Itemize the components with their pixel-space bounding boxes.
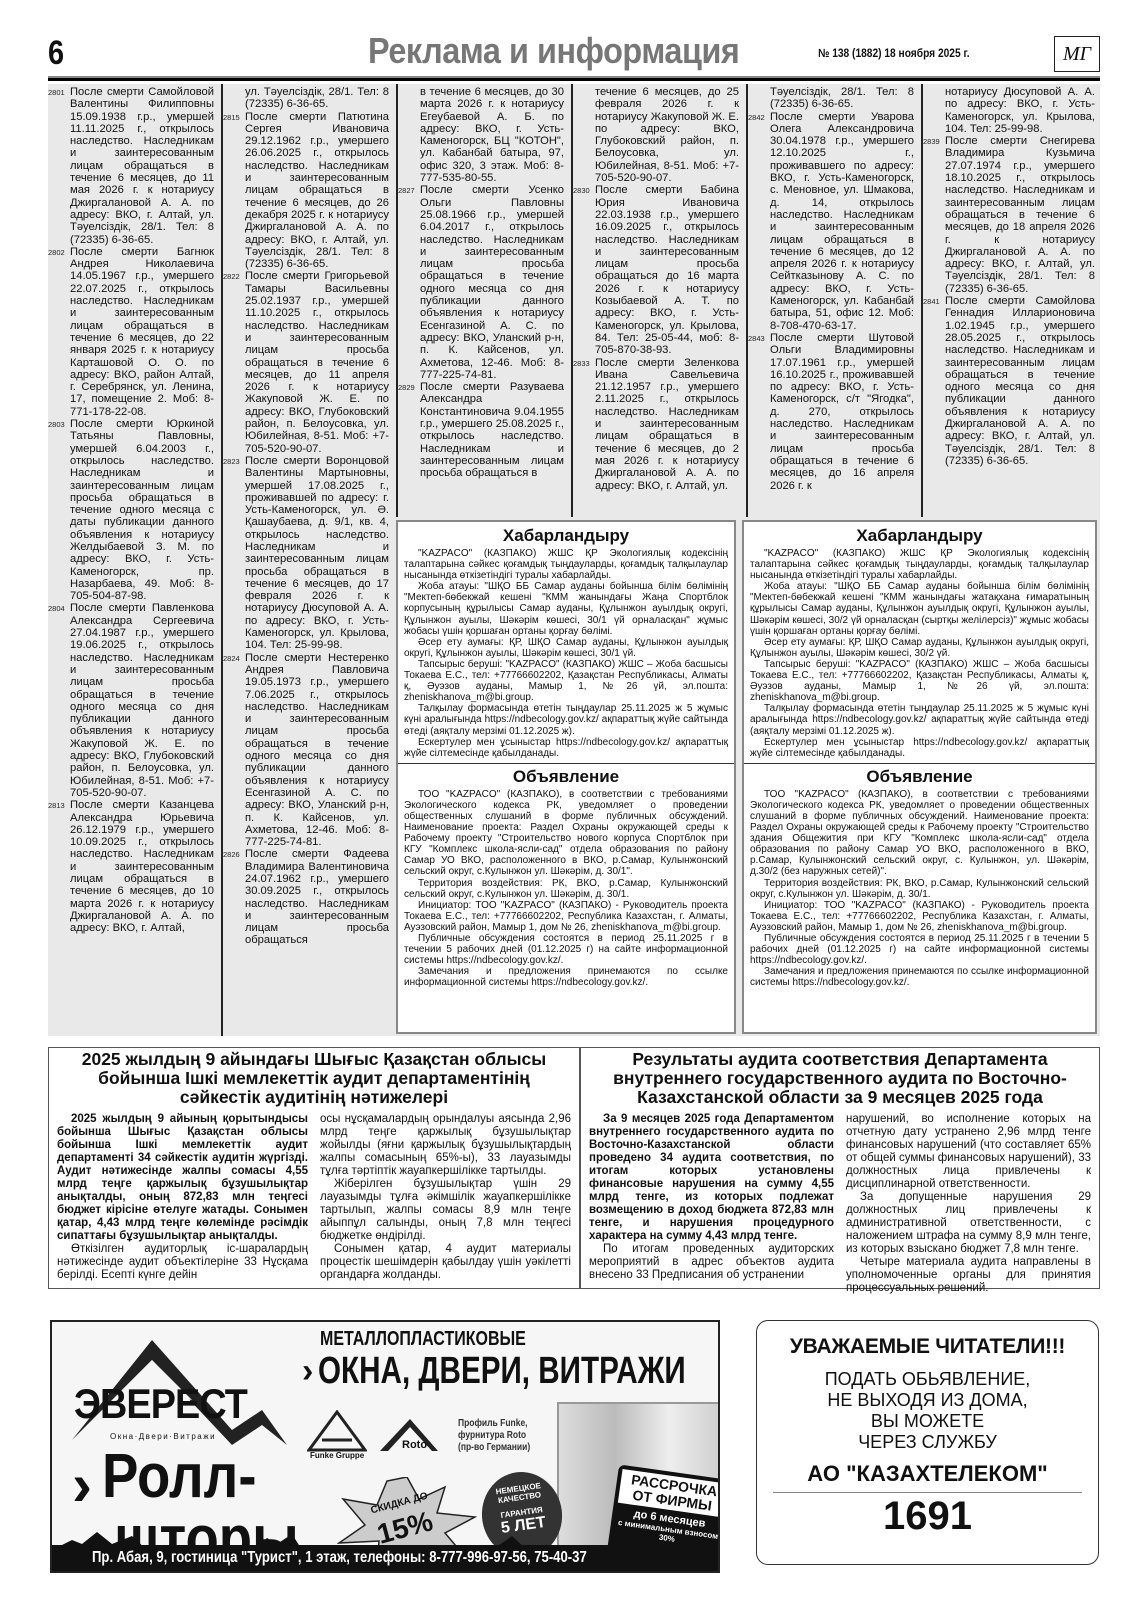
notice-text: После смерти Уварова Олега Александрович… xyxy=(770,111,914,332)
brand-subtitle: Окна·Двери·Витражи xyxy=(110,1432,216,1441)
ad-title: УВАЖАЕМЫЕ ЧИТАТЕЛИ!!! xyxy=(757,1335,1098,1359)
notice-text: После смерти Казанцева Александра Юрьеви… xyxy=(70,799,214,934)
notice-paragraph: Публичные обсуждения состоятся в период … xyxy=(750,933,1089,966)
notice-paragraph: "KAZPACO" (КАЗПАКО) ЖШС ҚР Экологиялық к… xyxy=(404,548,728,581)
notice-paragraph: ТОО "KAZPACO" (КАЗПАКО), в соответствии … xyxy=(404,789,728,878)
headline-small: МЕТАЛЛОПЛАСТИКОВЫЕ xyxy=(320,1328,526,1351)
inheritance-notice: 2839После смерти Снегирева Владимира Куз… xyxy=(923,135,1095,295)
notice-number: 2833 xyxy=(573,358,590,370)
article-column: осы нұсқамалардың орындалуы аясында 2,96… xyxy=(320,1113,571,1282)
notice-text: После смерти Нестеренко Андрея Павловича… xyxy=(245,652,389,848)
ad-footer-contacts: Пр. Абая, 9, гостиница "Турист", 1 этаж,… xyxy=(52,1545,718,1571)
newspaper-logo: МГ xyxy=(1054,36,1100,72)
audit-article-ru: Результаты аудита соответствия Департаме… xyxy=(580,1047,1100,1289)
everest-advertisement: ЭВЕРЕСТ Окна·Двери·Витражи › Ролл- шторы… xyxy=(50,1320,720,1573)
article-paragraph: Сонымен қатар, 4 аудит материалы процест… xyxy=(320,1243,571,1282)
notice-number: 2813 xyxy=(48,800,65,812)
inheritance-notice: 2827После смерти Усенко Ольги Павловны 2… xyxy=(398,184,564,381)
notice-continuation: Тәуелсіздік, 28/1. Тел: 8 (72335) 6-36-6… xyxy=(748,86,914,111)
contact-line: Пр. Абая, 9, гостиница "Турист", 1 этаж,… xyxy=(92,1545,587,1571)
notice-paragraph: Әсер ету аумағы: ҚР, ШҚО Самар ауданы, Қ… xyxy=(750,637,1089,659)
notice-continuation: ул. Тәуелсіздік, 28/1. Тел: 8 (72335) 6-… xyxy=(223,86,389,111)
notice-number: 2823 xyxy=(223,456,240,468)
notice-number: 2801 xyxy=(48,87,65,99)
inheritance-notice: 2833После смерти Зеленкова Ивана Савелье… xyxy=(573,357,739,492)
header-rule xyxy=(48,76,1100,81)
inheritance-notice: 2843После смерти Шутовой Ольги Владимиро… xyxy=(748,332,914,492)
funke-label: Funke Gruppe xyxy=(310,1451,364,1460)
inheritance-notice: 2829После смерти Разуваева Александра Ко… xyxy=(398,381,564,479)
notice-column-3: в течение 6 месяцев, до 30 марта 2026 г.… xyxy=(396,84,568,517)
article-paragraph: По итогам проведенных аудиторских меропр… xyxy=(589,1243,834,1282)
ad-line: ПОДАТЬ ОБЬЯВЛЕНИЕ, xyxy=(757,1369,1098,1390)
notice-column-2: ул. Тәуелсіздік, 28/1. Тел: 8 (72335) 6-… xyxy=(221,84,393,1036)
issue-info: № 138 (1882) 18 ноября 2025 г. xyxy=(818,46,970,60)
notice-title-kz: Хабарландыру xyxy=(750,526,1089,546)
notice-text: После смерти Багнюк Андрея Николаевича 1… xyxy=(70,246,214,418)
notice-column-5: Тәуелсіздік, 28/1. Тел: 8 (72335) 6-36-6… xyxy=(746,84,918,517)
notice-number: 2841 xyxy=(923,296,940,308)
article-column: 2025 жылдың 9 айының қорытындысы бойынша… xyxy=(57,1113,308,1282)
eco-notice-left: Хабарландыру "KAZPACO" (КАЗПАКО) ЖШС ҚР … xyxy=(396,520,736,1034)
notice-continuation: течение 6 месяцев, до 25 февраля 2026 г.… xyxy=(573,86,739,184)
notice-text: После смерти Усенко Ольги Павловны 25.08… xyxy=(420,184,564,380)
notice-text: После смерти Павленкова Александра Серге… xyxy=(70,602,214,798)
profile-note: Профиль Funke, фурнитура Roto (пр-во Гер… xyxy=(458,1418,539,1454)
notice-paragraph: Талқылау формасында өтетін тыңдаулар 25.… xyxy=(750,703,1089,736)
notice-title-ru: Объявление xyxy=(404,767,728,787)
inheritance-notice: 2823После смерти Воронцовой Валентины Ма… xyxy=(223,455,389,652)
article-paragraph: Четыре материала аудита направлены в упо… xyxy=(846,1256,1091,1295)
notice-paragraph: Замечания и предложения принемаются по с… xyxy=(404,966,728,988)
notice-paragraph: Жоба атауы: "ШҚО ББ Самар ауданы бойынша… xyxy=(750,581,1089,636)
notice-paragraph: Жоба атауы: "ШҚО ББ Самар ауданы бойынша… xyxy=(404,581,728,636)
brand-name: ЭВЕРЕСТ xyxy=(74,1380,247,1428)
notice-text: После смерти Фадеева Владимира Валентино… xyxy=(245,848,389,946)
notice-text: После смерти Самойлова Геннадия Илларион… xyxy=(945,295,1095,467)
audit-article-kz: 2025 жылдың 9 айындағы Шығыс Қазақстан о… xyxy=(48,1047,580,1289)
article-lead: За 9 месяцев 2025 года Департаментом вну… xyxy=(589,1113,834,1242)
notice-number: 2804 xyxy=(48,603,65,615)
section-title: Реклама и информация xyxy=(368,30,739,72)
article-title: Результаты аудита соответствия Департаме… xyxy=(589,1050,1091,1107)
notice-paragraph: Тапсырыс беруші: "KAZPACO" (КАЗПАКО) ЖШС… xyxy=(750,659,1089,703)
notice-number: 2842 xyxy=(748,112,765,124)
funke-logo-icon xyxy=(307,1410,367,1452)
chevron-right-icon: › xyxy=(72,1450,92,1519)
inheritance-notice: 2813После смерти Казанцева Александра Юр… xyxy=(48,799,214,934)
divider xyxy=(398,763,734,764)
notice-text: После смерти Воронцовой Валентины Мартын… xyxy=(245,455,389,651)
notice-number: 2830 xyxy=(573,185,590,197)
notice-text: После смерти Григорьевой Тамары Васильев… xyxy=(245,270,389,454)
notice-number: 2824 xyxy=(223,653,240,665)
inheritance-notice: 2804После смерти Павленкова Александра С… xyxy=(48,602,214,799)
divider xyxy=(744,763,1095,764)
roto-label: Roto xyxy=(402,1439,427,1451)
notice-number: 2839 xyxy=(923,136,940,148)
ad-line: ВЫ МОЖЕТЕ xyxy=(757,1411,1098,1432)
kazakhtelecom-advertisement: УВАЖАЕМЫЕ ЧИТАТЕЛИ!!! ПОДАТЬ ОБЬЯВЛЕНИЕ,… xyxy=(756,1320,1099,1565)
article-paragraph: нарушений, во исполнение которых на отче… xyxy=(846,1113,1091,1191)
article-paragraph: Жіберілген бұзушылықтар үшін 29 лауазымд… xyxy=(320,1178,571,1243)
notice-continuation: нотариусу Дюсуповой А. А. по адресу: ВКО… xyxy=(923,86,1095,135)
notice-column-4: течение 6 месяцев, до 25 февраля 2026 г.… xyxy=(571,84,743,517)
notice-column-6: нотариусу Дюсуповой А. А. по адресу: ВКО… xyxy=(921,84,1099,517)
notice-body-ru: ТОО "KAZPACO" (КАЗПАКО), в соответствии … xyxy=(404,789,728,989)
inheritance-notice: 2824После смерти Нестеренко Андрея Павло… xyxy=(223,652,389,849)
inheritance-notice: 2802После смерти Багнюк Андрея Николаеви… xyxy=(48,246,214,418)
notice-body-ru: ТОО "KAZPACO" (КАЗПАКО), в соответствии … xyxy=(750,789,1089,989)
notice-paragraph: Публичные обсуждения состоятся в период … xyxy=(404,933,728,966)
article-paragraph: осы нұсқамалардың орындалуы аясында 2,96… xyxy=(320,1113,571,1178)
notice-text: После смерти Зеленкова Ивана Савельевича… xyxy=(595,357,739,492)
article-column: нарушений, во исполнение которых на отче… xyxy=(846,1113,1091,1295)
notice-number: 2826 xyxy=(223,849,240,861)
roll-blinds-line1: Ролл- xyxy=(102,1445,256,1509)
company-name: АО "КАЗАХТЕЛЕКОМ" xyxy=(757,1461,1098,1487)
notice-text: После смерти Снегирева Владимира Кузьмич… xyxy=(945,135,1095,295)
article-lead: 2025 жылдың 9 айының қорытындысы бойынша… xyxy=(57,1113,308,1242)
notice-title-ru: Объявление xyxy=(750,767,1089,787)
inheritance-notice: 2801После смерти Самойловой Валентины Фи… xyxy=(48,86,214,246)
notice-paragraph: Ескертулер мен ұсыныстар https://ndbecol… xyxy=(404,737,728,759)
notice-paragraph: ТОО "KAZPACO" (КАЗПАКО), в соответствии … xyxy=(750,789,1089,878)
notice-paragraph: Инициатор: ТОО "KAZPACO" (КАЗПАКО) - Рук… xyxy=(404,900,728,933)
chevron-right-icon: › xyxy=(302,1352,313,1391)
article-title: 2025 жылдың 9 айындағы Шығыс Қазақстан о… xyxy=(57,1050,571,1107)
notice-text: После смерти Разуваева Александра Конста… xyxy=(420,381,564,479)
article-column: За 9 месяцев 2025 года Департаментом вну… xyxy=(589,1113,834,1295)
page-number: 6 xyxy=(48,34,64,73)
notice-paragraph: "KAZPACO" (КАЗПАКО) ЖШС ҚР Экологиялық к… xyxy=(750,548,1089,581)
notice-title-kz: Хабарландыру xyxy=(404,526,728,546)
inheritance-notice: 2815После смерти Патютина Сергея Иванови… xyxy=(223,111,389,271)
notice-text: После смерти Юркиной Татьяны Павловны, у… xyxy=(70,418,214,602)
notice-paragraph: Замечания и предложения принемаются по с… xyxy=(750,966,1089,988)
article-paragraph: Өткізілген аудиторлық іс-шаралардың нәти… xyxy=(57,1243,308,1282)
article-paragraph: За допущенные нарушения 29 должностных л… xyxy=(846,1191,1091,1256)
notice-continuation: в течение 6 месяцев, до 30 марта 2026 г.… xyxy=(398,86,564,184)
inheritance-notice: 2830После смерти Бабина Юрия Ивановича 2… xyxy=(573,184,739,356)
notice-column-1: 2801После смерти Самойловой Валентины Фи… xyxy=(48,84,218,1036)
notice-number: 2843 xyxy=(748,333,765,345)
notice-text: После смерти Самойловой Валентины Филипп… xyxy=(70,86,214,246)
notice-paragraph: Территория воздействия: РК, ВКО, р.Самар… xyxy=(404,878,728,900)
notice-paragraph: Ескертулер мен ұсыныстар https://ndbecol… xyxy=(750,737,1089,759)
notice-body-kz: "KAZPACO" (КАЗПАКО) ЖШС ҚР Экологиялық к… xyxy=(750,548,1089,759)
notice-number: 2822 xyxy=(223,271,240,283)
notice-paragraph: Тапсырыс беруші: "KAZPACO" (КАЗПАКО) ЖШС… xyxy=(404,659,728,703)
notice-number: 2827 xyxy=(398,185,415,197)
inheritance-notice: 2842После смерти Уварова Олега Александр… xyxy=(748,111,914,332)
notice-paragraph: Әсер ету аумағы: ҚР, ШҚО Самар ауданы, Қ… xyxy=(404,637,728,659)
notice-text: После смерти Шутовой Ольги Владимировны … xyxy=(770,332,914,492)
inheritance-notice: 2826После смерти Фадеева Владимира Вален… xyxy=(223,848,389,946)
inheritance-notice: 2822После смерти Григорьевой Тамары Васи… xyxy=(223,270,389,454)
page-header: 6 Реклама и информация № 138 (1882) 18 н… xyxy=(48,34,1100,76)
notice-number: 2815 xyxy=(223,112,240,124)
notice-number: 2803 xyxy=(48,419,65,431)
service-number: 1691 xyxy=(757,1493,1098,1539)
notice-body-kz: "KAZPACO" (КАЗПАКО) ЖШС ҚР Экологиялық к… xyxy=(404,548,728,759)
notice-paragraph: Талқылау формасында өтетін тыңдаулар 25.… xyxy=(404,703,728,736)
notice-text: После смерти Бабина Юрия Ивановича 22.03… xyxy=(595,184,739,356)
notice-paragraph: Инициатор: ТОО "KAZPACO" (КАЗПАКО) - Рук… xyxy=(750,900,1089,933)
headline: ОКНА, ДВЕРИ, ВИТРАЖИ xyxy=(318,1350,686,1393)
notice-number: 2802 xyxy=(48,247,65,259)
notice-text: После смерти Патютина Сергея Ивановича 2… xyxy=(245,111,389,271)
inheritance-notice: 2803После смерти Юркиной Татьяны Павловн… xyxy=(48,418,214,602)
ad-line: ЧЕРЕЗ СЛУЖБУ xyxy=(757,1432,1098,1453)
notice-number: 2829 xyxy=(398,382,415,394)
eco-notice-right: Хабарландыру "KAZPACO" (КАЗПАКО) ЖШС ҚР … xyxy=(742,520,1097,1034)
inheritance-notice: 2841После смерти Самойлова Геннадия Илла… xyxy=(923,295,1095,467)
ad-line: НЕ ВЫХОДЯ ИЗ ДОМА, xyxy=(757,1390,1098,1411)
notice-paragraph: Территория воздействия: РК, ВКО, р.Самар… xyxy=(750,878,1089,900)
